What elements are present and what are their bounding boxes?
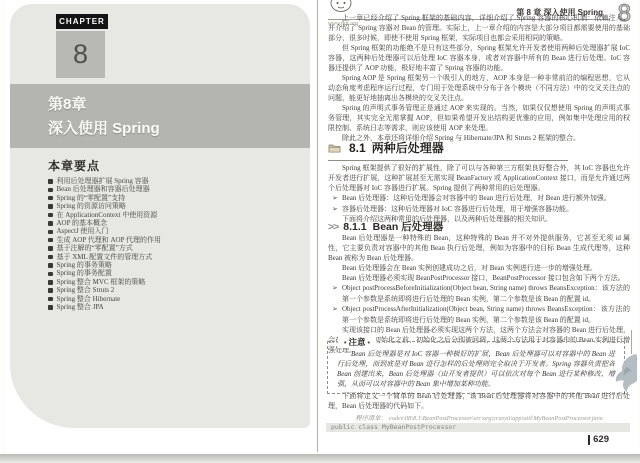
toc-item: Spring 的事务配置	[48, 269, 288, 277]
section-heading: 8.1两种后处理器	[328, 139, 568, 161]
toc-bullet-icon	[48, 263, 53, 268]
code-listing-caption: 程序清单：codes\08\8.1\BeanPostProcessor\src\…	[328, 413, 630, 422]
list-item-text: 容器后处理器：这种后处理器对 IoC 容器进行后处理，用于增强容器功能。	[342, 205, 573, 213]
note-dot-icon: •	[344, 340, 346, 347]
list-item-text: Object postProcessAfterInitialization(Ob…	[342, 305, 630, 324]
note-dot-icon: •	[367, 340, 369, 347]
section-body: Spring 框架提供了很好的扩展性，除了可以与各种第三方框架良好整合外，其 I…	[328, 163, 630, 224]
toc-item: Spring 的资源访问策略	[48, 202, 288, 210]
toc-bullet-icon	[48, 297, 53, 302]
toc-bullet-icon	[48, 188, 53, 193]
arrow-bullet-icon: ➢	[332, 204, 338, 215]
toc-item: Spring 的“零配置”支持	[48, 194, 288, 202]
subsection-number: 8.1.1	[343, 221, 366, 233]
note-label: •注意•	[338, 336, 376, 348]
toc-item-label: 基于 XML 配置文件的管理方式	[57, 253, 153, 261]
paragraph: Bean 后处理器会在 Bean 实例创建成功之后，对 Bean 实例进行进一步…	[328, 263, 630, 273]
page-divider	[317, 0, 318, 452]
note-box: •注意• Bean 后处理器是对 IoC 容器一种极好的扩展，Bean 后处理器…	[327, 341, 625, 394]
paragraph: Spring 框架提供了很好的扩展性，除了可以与各种第三方框架良好整合外，其 I…	[328, 163, 630, 193]
chapter-number-box: 8	[56, 31, 105, 78]
toc-bullet-icon	[48, 179, 53, 184]
list-item: ➢Object postProcessBeforeInitialization(…	[328, 283, 630, 304]
subsection-marker-icon: >>	[328, 221, 338, 233]
list-item: ➢Object postProcessAfterInitialization(O…	[328, 304, 630, 325]
toc-item-label: 基于注解的“零配置”方式	[57, 244, 133, 252]
section-title: 两种后处理器	[372, 141, 444, 155]
toc-bullet-icon	[48, 213, 53, 218]
list-item: ➢容器后处理器：这种后处理器对 IoC 容器进行后处理，用于增强容器功能。	[328, 204, 630, 215]
left-page: CHAPTER 8 第8章 深入使用 Spring 本章要点 利用后处理器扩展 …	[6, 0, 316, 452]
toc-item-label: Spring 的资源访问策略	[57, 202, 126, 210]
chapter-title-line1: 第8章	[48, 93, 86, 114]
toc-item-label: Spring 的“零配置”支持	[57, 194, 126, 202]
toc-bullet-icon	[48, 288, 53, 293]
toc-bullet-icon	[48, 272, 53, 277]
code-listing-path: codes\08\8.1\BeanPostProcessor\src\org\c…	[389, 415, 603, 422]
code-snippet: public class MyBeanPostProcessor	[326, 423, 630, 432]
toc-item: AspectJ 使用入门	[48, 227, 288, 235]
chapter-title-line2: 深入使用 Spring	[48, 117, 160, 138]
toc-item: 基于注解的“零配置”方式	[48, 244, 288, 252]
toc-bullet-icon	[48, 196, 53, 201]
paragraph: 但 Spring 框架的功能绝不是只有这些部分，Spring 框架允许开发者使用…	[328, 43, 630, 73]
intro-paragraphs: 上一章已经介绍了 Spring 框架的基础内容，详细介绍了 Spring 容器的…	[328, 13, 630, 143]
toc-bullet-icon	[48, 238, 53, 243]
subsection-title: Bean 后处理器	[373, 221, 444, 233]
toc-item-label: Spring 整合 JPA	[57, 303, 104, 311]
toc-bullet-icon	[48, 230, 53, 235]
chapter-panel: CHAPTER 8 第8章 深入使用 Spring 本章要点 利用后处理器扩展 …	[10, 4, 310, 428]
toc-item-label: Spring 的事务配置	[57, 269, 112, 277]
toc-item: Bean 后处理器和容器后处理器	[48, 185, 288, 193]
toc-bullet-icon	[48, 280, 53, 285]
paragraph: Spring 的声明式事务管理正是通过 AOP 来实现的。当然，如果仅仅想使用 …	[328, 103, 630, 133]
toc-item: 基于 XML 配置文件的管理方式	[48, 253, 288, 261]
toc-bullet-icon	[48, 221, 53, 226]
toc-item-label: AOP 的基本概念	[57, 219, 108, 227]
toc-item-label: 利用后处理器扩展 Spring 容器	[57, 177, 149, 185]
toc-item-label: Spring 整合 Struts 2	[57, 286, 115, 294]
toc-item: Spring 整合 JPA	[48, 303, 288, 311]
toc-bullet-icon	[48, 204, 53, 209]
book-edge	[0, 454, 640, 463]
arrow-bullet-icon: ➢	[332, 304, 338, 315]
chapter-title-band: 第8章 深入使用 Spring	[10, 84, 310, 148]
toc-item-label: 在 ApplicationContext 中使用资源	[57, 211, 158, 219]
list-item: ➢Bean 后处理器：这种后处理器会对容器中的 Bean 进行后处理，对 Bea…	[328, 193, 630, 204]
toc-item-label: Spring 整合 MVC 框架的策略	[57, 278, 146, 286]
paragraph: Spring AOP 是 Spring 框架另一个吸引人的地方，AOP 本身是一…	[328, 73, 630, 103]
right-page: www.fkit.org 第 8 章 深入使用 Spring 8 上一章已经介绍…	[320, 0, 637, 452]
code-listing-label: 程序清单：	[355, 415, 386, 422]
toc-item-label: AspectJ 使用入门	[57, 227, 109, 235]
subsection-heading: >>8.1.1Bean 后处理器	[328, 219, 443, 234]
paragraph: Bean 后处理器必须实现 BeanPostProcessor 接口，BeanP…	[328, 273, 630, 283]
toc-item-label: 生成 AOP 代理和 AOP 代理的作用	[57, 236, 162, 244]
toc-item-label: Bean 后处理器和容器后处理器	[57, 185, 150, 193]
folder-icon	[328, 139, 345, 156]
toc-item-label: Spring 整合 Hibernate	[57, 295, 121, 303]
toc-item: Spring 整合 Struts 2	[48, 286, 288, 294]
arrow-bullet-icon: ➢	[332, 193, 338, 204]
toc-bullet-icon	[48, 246, 53, 251]
paragraph: 下面将定义一个简单的 Bean 后处理器，该 Bean 后处理器将对容器中的其他…	[328, 391, 630, 411]
toc-bullet-icon	[48, 255, 53, 260]
arrow-bullet-icon: ➢	[332, 283, 338, 294]
toc-item: Spring 整合 Hibernate	[48, 295, 288, 303]
list-item-text: Bean 后处理器：这种后处理器会对容器中的 Bean 进行后处理，对 Bean…	[342, 194, 611, 202]
toc-item: 生成 AOP 代理和 AOP 代理的作用	[48, 236, 288, 244]
paragraph: Bean 后处理器是一种特殊的 Bean，这种特殊的 Bean 并不对外提供服务…	[328, 233, 630, 263]
toc-bullet-icon	[48, 305, 53, 310]
page-number: 629	[588, 435, 609, 445]
toc-heading: 本章要点	[48, 157, 100, 174]
paragraph: 上一章已经介绍了 Spring 框架的基础内容，详细介绍了 Spring 容器的…	[328, 13, 630, 43]
list-item-text: Object postProcessBeforeInitialization(O…	[342, 284, 630, 303]
toc-item: 在 ApplicationContext 中使用资源	[48, 211, 288, 219]
book-spread: CHAPTER 8 第8章 深入使用 Spring 本章要点 利用后处理器扩展 …	[0, 0, 640, 463]
section-number: 8.1	[349, 141, 366, 155]
toc-item-label: Spring 的事务策略	[57, 261, 112, 269]
note-label-text: 注意	[348, 337, 365, 347]
chapter-tag: CHAPTER	[56, 14, 108, 29]
toc-list: 利用后处理器扩展 Spring 容器 Bean 后处理器和容器后处理器 Spri…	[48, 177, 288, 312]
note-text: Bean 后处理器是对 IoC 容器一种极好的扩展，Bean 后处理器可以对容器…	[337, 349, 615, 389]
